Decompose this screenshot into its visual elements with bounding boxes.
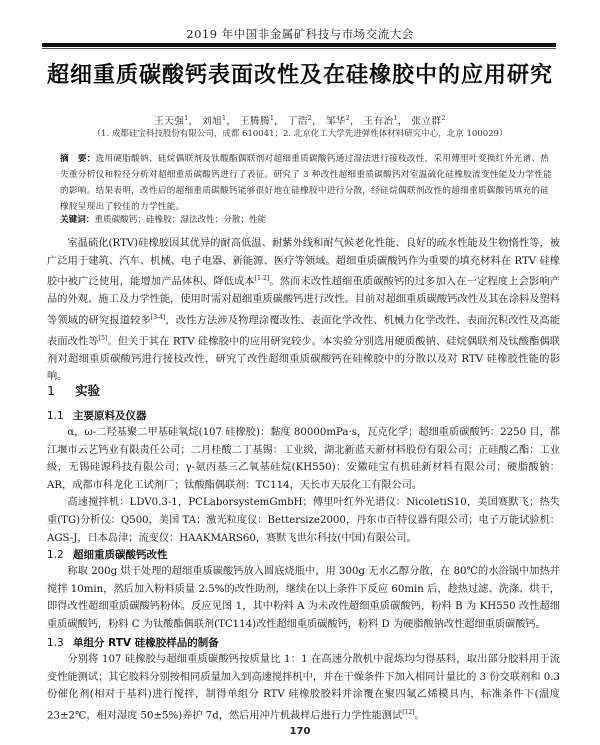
author: 刘旭: [202, 116, 222, 127]
affiliation-mark: 1: [394, 115, 398, 122]
intro-paragraph: 室温硫化(RTV)硅橡胶因其优异的耐高低温、耐紫外线和耐气候老化性能、良好的疏水…: [47, 235, 560, 386]
subsection-heading: 1.2超细重质碳酸钙改性: [47, 547, 168, 562]
author: 邹华: [326, 116, 346, 127]
modification-paragraph: 称取 200g 烘干处理的超细重质碳酸钙放入圆底烧瓶中，用 300g 无水乙醇分…: [47, 563, 560, 633]
page-number: 170: [0, 726, 600, 737]
affiliation-mark: 1: [270, 115, 274, 122]
affiliation-mark: 1: [184, 115, 188, 122]
abstract-label: 摘 要：: [60, 154, 96, 164]
preparation-paragraph: 分别将 107 硅橡胶与超细重质碳酸钙按质量比 1：1 在高速分散机中混炼均匀得…: [47, 651, 560, 725]
author: 丁浩: [288, 116, 308, 127]
citation: [1-2]: [255, 275, 269, 282]
paper-title: 超细重质碳酸钙表面改性及在硅橡胶中的应用研究: [0, 58, 600, 89]
materials-section: α，ω-二羟基聚二甲基硅氧烷(107 硅橡胶)：黏度 80000mPa·s，瓦克…: [47, 424, 560, 547]
abstract-text: 选用硬脂酸钠、硅烷偶联剂及钛酸酯偶联剂对超细重质碳酸钙通过湿法进行接枝改性，采用…: [60, 154, 552, 212]
affiliation-mark: 2: [441, 115, 445, 122]
modification-section: 称取 200g 烘干处理的超细重质碳酸钙放入圆底烧瓶中，用 300g 无水乙醇分…: [47, 563, 560, 633]
preparation-section: 分别将 107 硅橡胶与超细重质碳酸钙按质量比 1：1 在高速分散机中混炼均匀得…: [47, 651, 560, 725]
affiliation-mark: 1: [222, 115, 226, 122]
abstract: 摘 要：选用硬脂酸钠、硅烷偶联剂及钛酸酯偶联剂对超细重质碳酸钙通过湿法进行接枝改…: [60, 151, 558, 215]
keywords-text: 重质碳酸钙；硅橡胶；湿法改性；分散；性能: [94, 215, 266, 225]
author: 王天强: [154, 116, 184, 127]
materials-paragraph: α，ω-二羟基聚二甲基硅氧烷(107 硅橡胶)：黏度 80000mPa·s，瓦克…: [47, 424, 560, 494]
running-header: 2019 年中国非金属矿科技与市场交流大会: [0, 26, 600, 42]
header-rule: [42, 43, 556, 47]
citation: [12]: [402, 709, 414, 716]
introduction: 室温硫化(RTV)硅橡胶因其优异的耐高低温、耐紫外线和耐气候老化性能、良好的疏水…: [47, 235, 560, 386]
affiliation-mark: 2: [346, 115, 350, 122]
citation: [3-4]: [151, 314, 165, 321]
affiliation: （1. 成都硅宝科技股份有限公司，成都 610041；2. 北京化工大学先进弹性…: [0, 127, 600, 139]
author: 王腾腾: [240, 116, 270, 127]
author: 张立群: [411, 116, 441, 127]
instruments-paragraph: 高速搅拌机：LDV0.3-1，PCLaborsystemGmbH；傅里叶红外光谱…: [47, 494, 560, 547]
author: 王有治: [364, 116, 394, 127]
subsection-heading: 1.3单组分 RTV 硅橡胶样品的制备: [47, 635, 219, 650]
header-rule-thin: [42, 48, 556, 49]
citation: [5]: [99, 335, 108, 342]
subsection-heading: 1.1主要原料及仪器: [47, 408, 147, 423]
section-heading: 1实验: [47, 381, 100, 399]
author-list: 王天强1， 刘旭1， 王腾腾1， 丁浩2， 邹华2， 王有治1， 张立群2: [0, 113, 600, 127]
keywords: 关键词：重质碳酸钙；硅橡胶；湿法改性；分散；性能: [60, 213, 558, 227]
keywords-label: 关键词：: [60, 215, 94, 225]
affiliation-mark: 2: [308, 115, 312, 122]
